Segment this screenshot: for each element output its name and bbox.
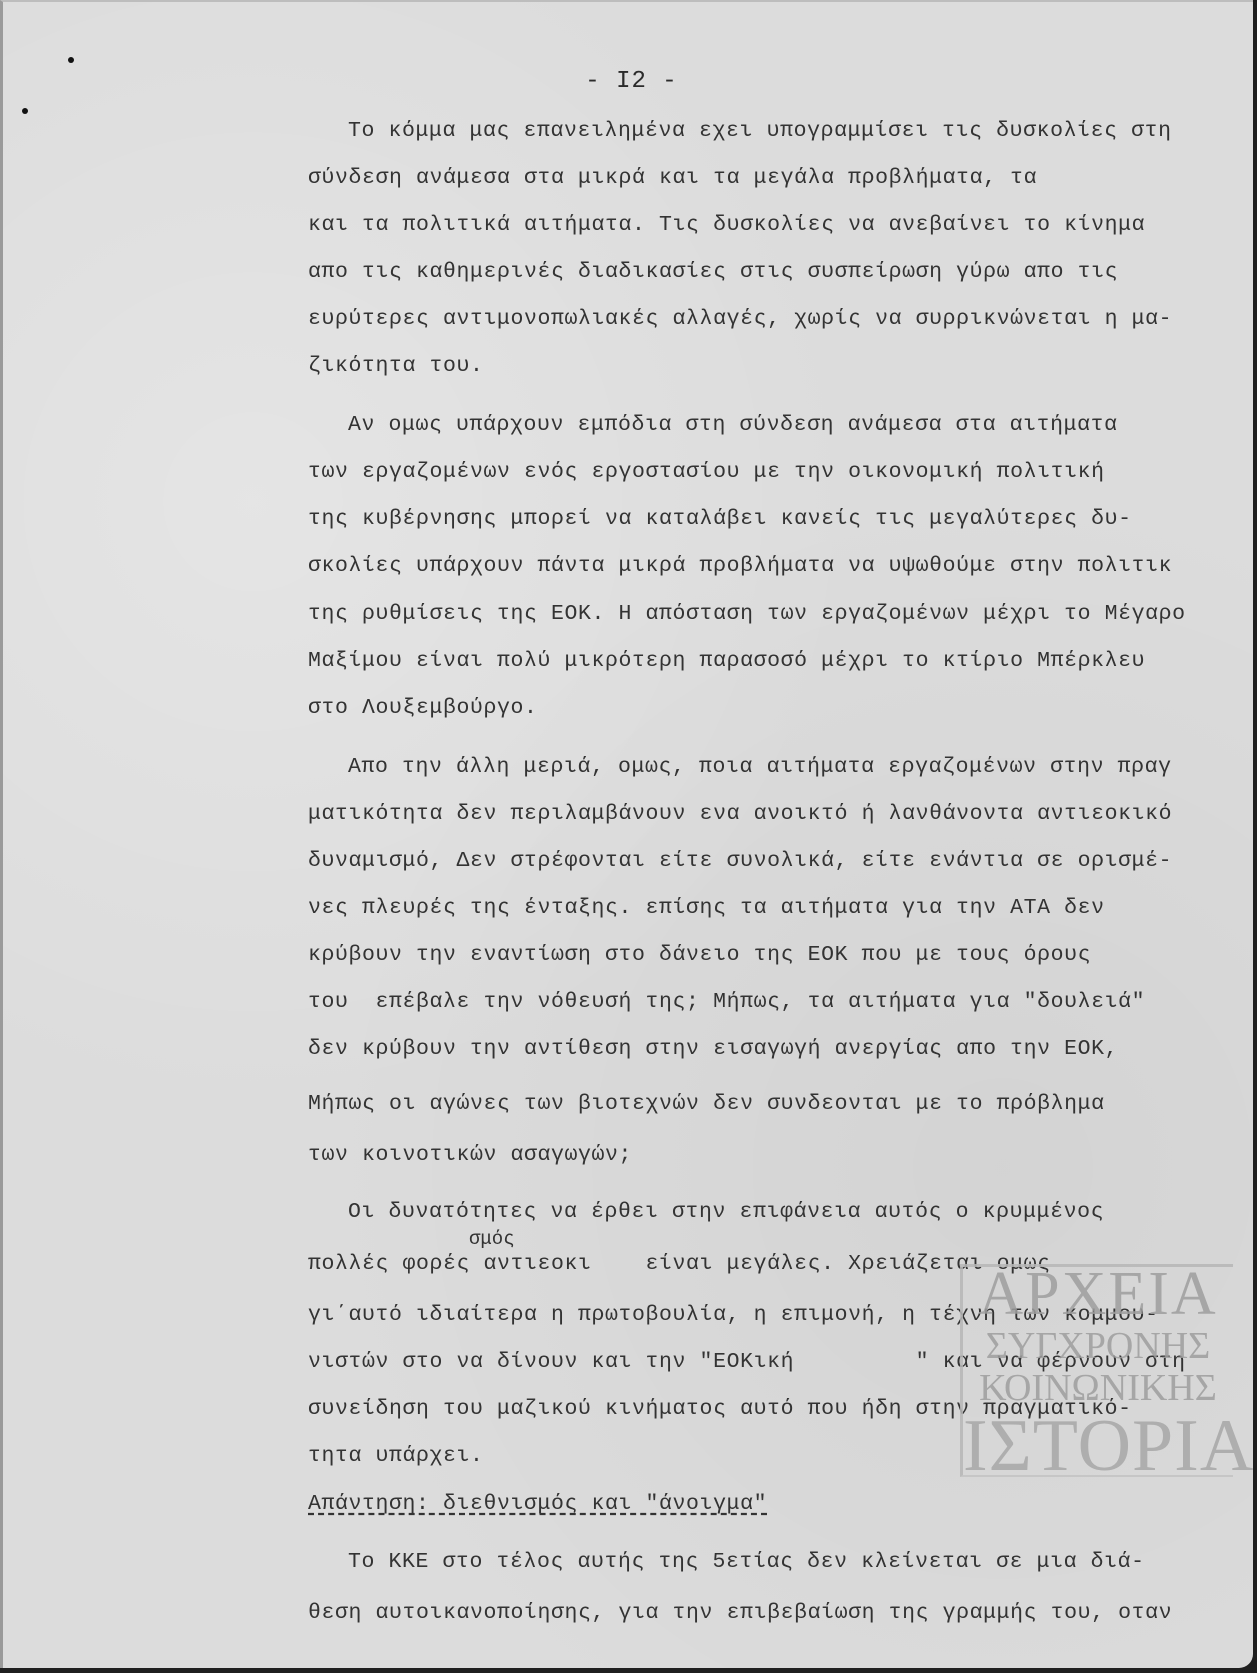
text-line: της κυβέρνησης μπορεί να καταλάβει κανεί… [308,507,1132,531]
text-line: του επέβαλε την νόθευσή της; Μήπως, τα α… [308,990,1145,1014]
text-line: ζικότητα του. [308,354,484,378]
archive-watermark-stamp: ΑΡΧΕΙΑ ΣΥΓΧΡΟΝΗΣ ΚΟΙΝΩΝΙΚΗΣ ΙΣΤΟΡΙΑΣ [960,1264,1233,1477]
text-line: Μαξίμου είναι πολύ μικρότερη παρασοσό μέ… [308,649,1145,673]
watermark-line: ΑΡΧΕΙΑ [963,1263,1233,1325]
watermark-line: ΚΟΙΝΩΝΙΚΗΣ [963,1369,1233,1407]
text-line: ευρύτερες αντιμονοπωλιακές αλλαγές, χωρί… [308,307,1172,331]
text-line: θεση αυτοικανοποίησης, για την επιβεβαίω… [308,1601,1172,1625]
text-line: πολλές φορές αντιεοκι είναι μεγάλες. Χρε… [308,1252,1051,1276]
text-line: Αν ομως υπάρχουν εμπόδια στη σύνδεση ανά… [348,413,1118,437]
text-line: των εργαζομένων ενός εργοστασίου με την … [308,460,1105,484]
text-line: σκολίες υπάρχουν πάντα μικρά προβλήματα … [308,554,1172,578]
text-line: δυναμισμό, Δεν στρέφονται είτε συνολικά,… [308,849,1172,873]
margin-ink-dot [68,57,74,63]
text-line: κρύβουν την εναντίωση στο δάνειο της ΕΟΚ… [308,943,1091,967]
text-line: Μήπως οι αγώνες των βιοτεχνών δεν συνδεο… [308,1092,1105,1116]
interlinear-insert: σμός [469,1228,515,1250]
text-line: της ρυθμίσεις της ΕΟΚ. Η απόσταση των ερ… [308,602,1186,626]
text-line: των κοινοτικών ασαγωγών; [308,1143,632,1167]
text-line: και τα πολιτικά αιτήματα. Τις δυσκολίες … [308,213,1145,237]
section-heading: Απάντηση: διεθνισμός και "άνοιγμα" [308,1492,767,1516]
margin-ink-dot [22,108,28,114]
text-line: Απο την άλλη μεριά, ομως, ποια αιτήματα … [348,755,1172,779]
text-line: σύνδεση ανάμεσα στα μικρά και τα μεγάλα … [308,166,1037,190]
text-line: ματικότητα δεν περιλαμβάνουν ενα ανοικτό… [308,802,1172,826]
text-line: τητα υπάρχει. [308,1444,484,1468]
text-line: Οι δυνατότητες να έρθει στην επιφάνεια α… [348,1200,1104,1224]
watermark-line: ΣΥΓΧΡΟΝΗΣ [963,1327,1233,1365]
text-line: απο τις καθημερινές διαδικασίες στις συσ… [308,260,1118,284]
page-number: - I2 - [3,68,1253,95]
text-line: νες πλευρές της ένταξης. επίσης τα αιτήμ… [308,896,1105,920]
scanned-page: - I2 - Το κόμμα μας επανειλημένα εχει υπ… [0,0,1253,1668]
watermark-line: ΙΣΤΟΡΙΑΣ [963,1409,1233,1483]
text-line: δεν κρύβουν την αντίθεση στην εισαγωγή α… [308,1037,1118,1061]
text-line: Το ΚΚΕ στο τέλος αυτής της 5ετίας δεν κλ… [348,1550,1145,1574]
text-line: στο Λουξεμβούργο. [308,696,538,720]
text-line: Το κόμμα μας επανειλημένα εχει υπογραμμί… [348,119,1172,143]
